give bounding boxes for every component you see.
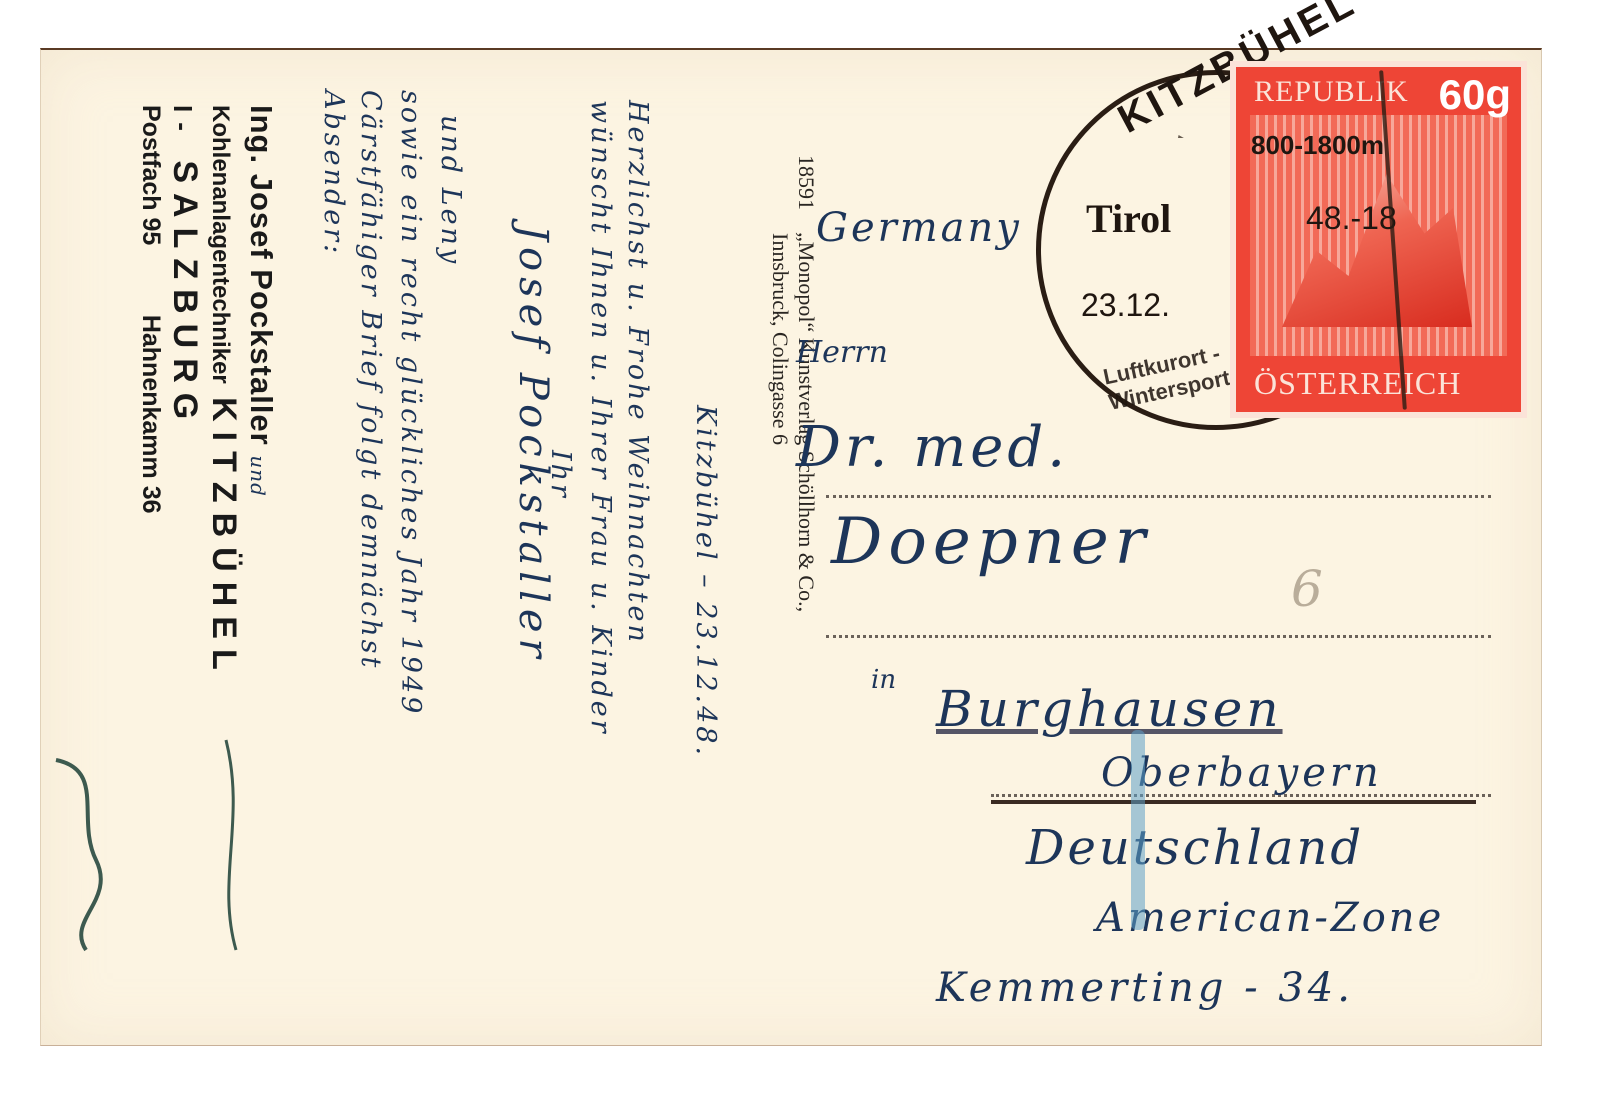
postmark-region: Tirol [1086, 195, 1171, 242]
postcard-back: 18591 „Monopol“ Kunstverlag Schöllhorn &… [40, 48, 1542, 1046]
address-line-2 [826, 635, 1491, 638]
postmark-altitude: 800-1800m [1251, 130, 1384, 161]
address-street: Kemmerting - 34. [936, 965, 1354, 1011]
stamp-country-bottom: ÖSTERREICH [1254, 365, 1461, 402]
publisher-imprint: 18591 „Monopol“ Kunstverlag Schöllhorn &… [767, 155, 819, 612]
address-city: Burghausen [936, 680, 1283, 738]
blue-crayon-mark [1131, 730, 1145, 930]
address-title: Dr. med. [796, 415, 1069, 480]
sender-stamp: Ing. Josef Pockstaller und Kohlenanlagen… [136, 105, 279, 680]
message-absender-label: Absender: [318, 90, 349, 256]
address-in-label: in [871, 665, 896, 695]
postmark-time: 48.-18 [1306, 200, 1397, 237]
signature-scribble [46, 700, 306, 1000]
sender-profession: Kohlenanlagentechniker [207, 105, 234, 384]
message-and-name: und Leny [435, 115, 466, 266]
address-line-1 [826, 495, 1491, 498]
sender-po-box: Postfach 95 [137, 105, 165, 245]
pencil-note: 6 [1291, 560, 1323, 618]
address-underline [991, 800, 1476, 804]
stamp-denomination: 60g [1439, 71, 1511, 119]
message-line-1: Herzlichst u. Frohe Weihnachten [622, 100, 653, 645]
card-number: 18591 [794, 155, 819, 210]
publisher-line-2: Innsbruck, Colingasse 6 [767, 155, 793, 612]
address-zone: American-Zone [1096, 895, 1444, 941]
address-surname: Doepner [831, 505, 1151, 579]
message-signature: Josef Pockstaller [510, 225, 556, 664]
sender-name-suffix: und [246, 455, 270, 497]
sender-street: Hahnenkamm 36 [137, 315, 165, 514]
message-wish-2: Cärstfähiger Brief folgt demnächst [355, 90, 386, 670]
message-place-date: Kitzbühel – 23.12.48. [690, 405, 721, 758]
sender-name: Ing. Josef Pockstaller [244, 105, 279, 446]
postage-stamp: REPUBLIK 60g ÖSTERREICH [1236, 67, 1521, 412]
sender-city-new: KITZBÜHEL [205, 397, 243, 680]
address-country-note: Germany [816, 205, 1022, 251]
address-country: Deutschland [1026, 820, 1364, 876]
message-wish-1: sowie ein recht glückliches Jahr 1949 [395, 90, 426, 716]
address-salutation: Herrn [796, 335, 888, 370]
sender-prefix: I- [168, 105, 198, 141]
message-line-2: wünscht Ihnen u. Ihrer Frau u. Kinder [585, 100, 616, 736]
postmark-date: 23.12. [1081, 287, 1170, 324]
sender-city-old: SALZBURG [166, 160, 204, 429]
